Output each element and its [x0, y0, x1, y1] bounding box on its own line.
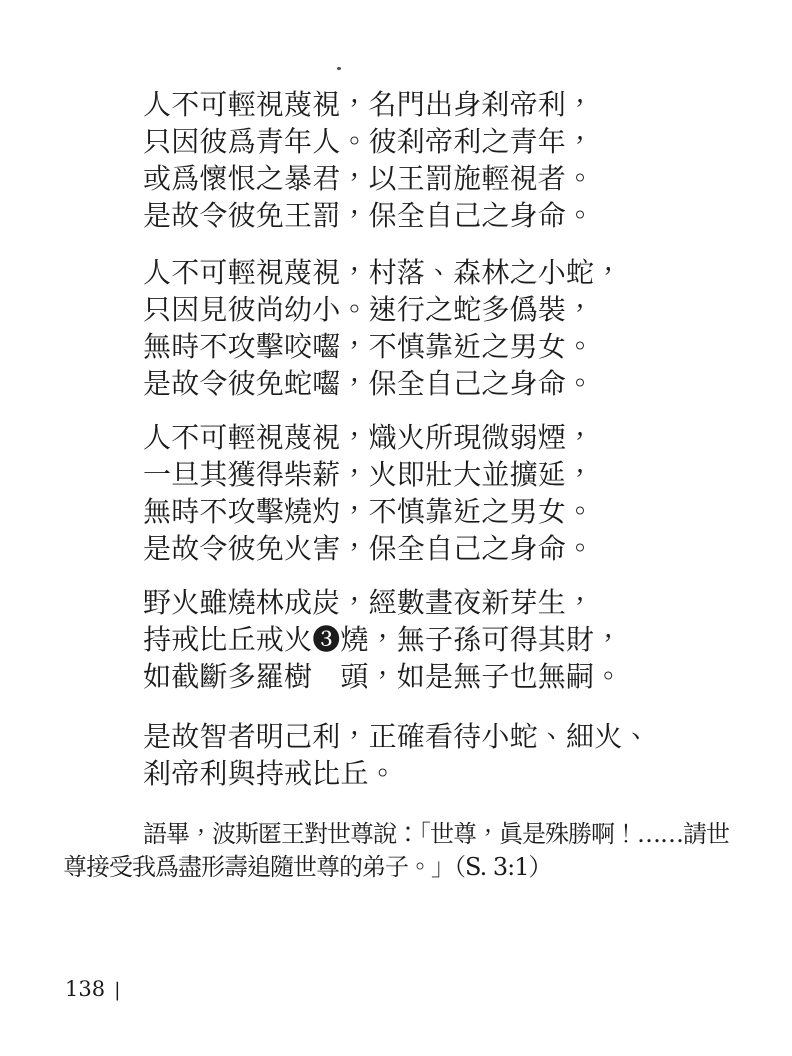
scan-speck-mark	[337, 67, 341, 70]
page-number: 138|	[65, 978, 121, 1001]
verse-line: 是故令彼免火害，保全自己之身命。	[143, 530, 594, 567]
stanza-wise-man: 是故智者明己利，正確看待小蛇、細火、 刹帝利與持戒比丘。	[143, 718, 651, 792]
paragraph-line-with-citation: 尊接受我爲盡形壽追隨世尊的弟子。」（S. 3:1）	[63, 851, 729, 884]
verse-line: 只因見彼尚幼小。速行之蛇多僞裝，	[143, 291, 622, 328]
verse-line: 如截斷多羅樹 頭，如是無子也無嗣。	[143, 658, 622, 695]
verse-line: 是故令彼免王罰，保全自己之身命。	[143, 197, 594, 234]
book-page: 人不可輕視蔑視，名門出身刹帝利， 只因彼爲青年人。彼刹帝利之青年， 或爲懷恨之暴…	[0, 0, 792, 1056]
closing-paragraph: 語畢，波斯匿王對世尊說：「世尊，眞是殊勝啊！……請世 尊接受我爲盡形壽追隨世尊的…	[63, 818, 729, 884]
verse-line: 一旦其獲得柴薪，火即壯大並擴延，	[143, 456, 594, 493]
verse-line: 無時不攻擊燒灼，不慎靠近之男女。	[143, 493, 594, 530]
verse-line-with-footnote-marker: 持戒比丘戒火❸燒，無子孫可得其財，	[143, 621, 622, 658]
stanza-fire: 人不可輕視蔑視，熾火所現微弱煙， 一旦其獲得柴薪，火即壯大並擴延， 無時不攻擊燒…	[143, 419, 594, 567]
verse-line: 人不可輕視蔑視，村落、森林之小蛇，	[143, 254, 622, 291]
paragraph-line: 語畢，波斯匿王對世尊說：「世尊，眞是殊勝啊！……請世	[63, 818, 729, 851]
stanza-kshatriya: 人不可輕視蔑視，名門出身刹帝利， 只因彼爲青年人。彼刹帝利之青年， 或爲懷恨之暴…	[143, 86, 594, 234]
verse-line: 是故智者明己利，正確看待小蛇、細火、	[143, 718, 651, 755]
folio-divider: |	[114, 979, 120, 1001]
verse-line: 無時不攻擊咬囓，不慎靠近之男女。	[143, 328, 622, 365]
verse-line: 是故令彼免蛇囓，保全自己之身命。	[143, 365, 622, 402]
verse-line: 人不可輕視蔑視，名門出身刹帝利，	[143, 86, 594, 123]
stanza-wildfire: 野火雖燒林成炭，經數晝夜新芽生， 持戒比丘戒火❸燒，無子孫可得其財， 如截斷多羅…	[143, 584, 622, 695]
verse-line: 刹帝利與持戒比丘。	[143, 755, 651, 792]
verse-line: 野火雖燒林成炭，經數晝夜新芽生，	[143, 584, 622, 621]
page-number-value: 138	[65, 977, 105, 1001]
verse-line: 只因彼爲青年人。彼刹帝利之青年，	[143, 123, 594, 160]
verse-line: 人不可輕視蔑視，熾火所現微弱煙，	[143, 419, 594, 456]
verse-line: 或爲懷恨之暴君，以王罰施輕視者。	[143, 160, 594, 197]
stanza-snake: 人不可輕視蔑視，村落、森林之小蛇， 只因見彼尚幼小。速行之蛇多僞裝， 無時不攻擊…	[143, 254, 622, 402]
